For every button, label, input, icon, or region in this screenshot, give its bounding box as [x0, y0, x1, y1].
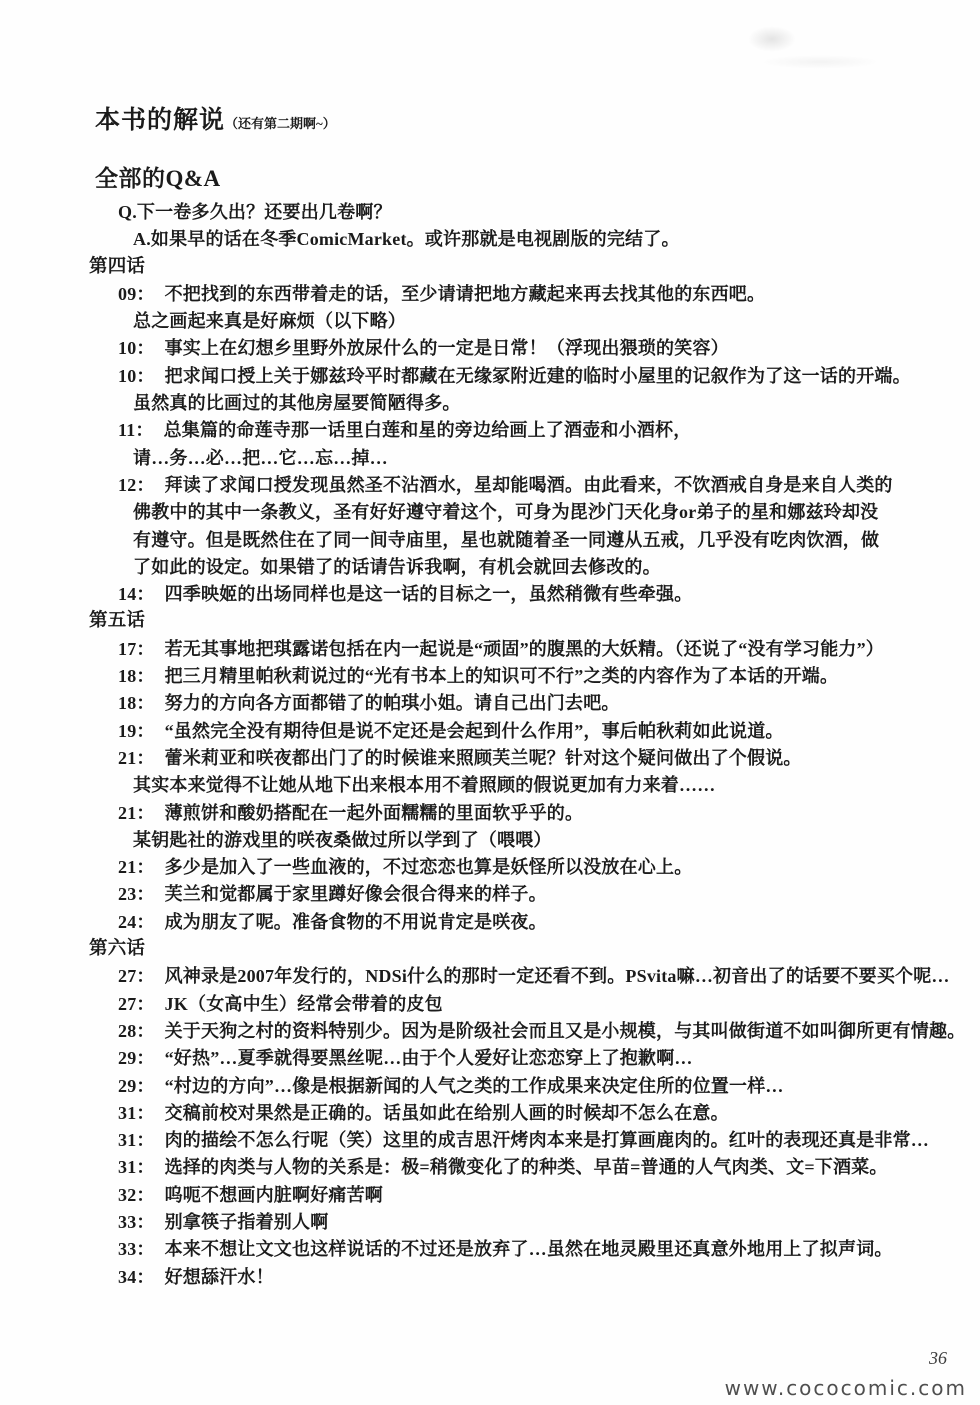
- qa-item-number: 31：: [118, 1127, 155, 1154]
- qa-item-number: 21：: [118, 745, 155, 772]
- qa-section-heading: 全部的Q&A: [95, 165, 962, 192]
- qa-item-text: 别拿筷子指着别人啊: [165, 1212, 329, 1232]
- qa-lines: Q.下一卷多久出？还要出几卷啊？A.如果早的话在冬季ComicMarket。或许…: [95, 199, 962, 1291]
- qa-item-number: 12：: [118, 472, 155, 499]
- qa-item-text: 若无其事地把琪露诺包括在内一起说是“顽固”的腹黑的大妖精。（还说了“没有学习能力…: [165, 639, 884, 659]
- qa-item-text: “虽然完全没有期待但是说不定还是会起到什么作用”，事后帕秋莉如此说道。: [165, 721, 784, 741]
- qa-item: 11：总集篇的命莲寺那一话里白莲和星的旁边给画上了酒壶和小酒杯，: [118, 417, 962, 444]
- qa-item-text: 四季映姬的出场同样也是这一话的目标之一，虽然稍微有些牵强。: [165, 584, 693, 604]
- qa-item: 31：肉的描绘不怎么行呢（笑）这里的成吉思汗烤肉本来是打算画鹿肉的。红叶的表现还…: [118, 1127, 962, 1154]
- qa-item-number: 21：: [118, 854, 155, 881]
- qa-item-number: 29：: [118, 1045, 155, 1072]
- qa-item-text: 把求闻口授上关于娜兹玲平时都藏在无缘冢附近建的临时小屋里的记叙作为了这一话的开端…: [165, 366, 911, 386]
- qa-item-continuation: 虽然真的比画过的其他房屋要简陋得多。: [133, 390, 962, 417]
- qa-item: 18：努力的方向各方面都错了的帕琪小姐。请自己出门去吧。: [118, 690, 962, 717]
- scan-artifact: [748, 26, 796, 52]
- qa-item-number: 09：: [118, 281, 155, 308]
- scanned-book-page: 本书的解说（还有第二期啊~） 全部的Q&A Q.下一卷多久出？还要出几卷啊？A.…: [0, 0, 980, 1405]
- qa-item-text: 事实上在幻想乡里野外放尿什么的一定是日常！（浮现出猥琐的笑容）: [165, 338, 729, 358]
- qa-item-number: 11：: [118, 417, 154, 444]
- qa-item-text: 风神录是2007年发行的，NDSi什么的那时一定还看不到。PSvita嘛…初音出…: [165, 966, 950, 986]
- chapter-heading: 第五话: [89, 608, 962, 635]
- qa-item-continuation: 请…务…必…把…它…忘…掉…: [133, 445, 962, 472]
- qa-item-number: 27：: [118, 991, 155, 1018]
- qa-item-number: 21：: [118, 800, 155, 827]
- qa-item-text: 成为朋友了呢。准备食物的不用说肯定是咲夜。: [165, 912, 547, 932]
- qa-item-text: 关于天狗之村的资料特别少。因为是阶级社会而且又是小规模，与其叫做街道不如叫御所更…: [165, 1021, 966, 1041]
- qa-item: 10：把求闻口授上关于娜兹玲平时都藏在无缘冢附近建的临时小屋里的记叙作为了这一话…: [118, 363, 962, 390]
- qa-item-number: 29：: [118, 1073, 155, 1100]
- qa-item-text: 呜呃不想画内脏啊好痛苦啊: [165, 1185, 383, 1205]
- qa-item-number: 23：: [118, 881, 155, 908]
- scan-artifact: [760, 55, 880, 69]
- qa-item-continuation: 其实本来觉得不让她从地下出来根本用不着照顾的假说更加有力来着……: [133, 772, 962, 799]
- qa-item: 10：事实上在幻想乡里野外放尿什么的一定是日常！（浮现出猥琐的笑容）: [118, 335, 962, 362]
- page-number: 36: [929, 1348, 947, 1369]
- qa-item-text: 交稿前校对果然是正确的。话虽如此在给别人画的时候却不怎么在意。: [165, 1103, 729, 1123]
- qa-item: 12：拜读了求闻口授发现虽然圣不沾酒水，星却能喝酒。由此看来，不饮酒戒自身是来自…: [118, 472, 962, 499]
- page-content: 本书的解说（还有第二期啊~） 全部的Q&A Q.下一卷多久出？还要出几卷啊？A.…: [95, 106, 962, 1291]
- page-title: 本书的解说（还有第二期啊~）: [95, 106, 962, 139]
- chapter-heading: 第六话: [89, 936, 962, 963]
- qa-item-text: 努力的方向各方面都错了的帕琪小姐。请自己出门去吧。: [165, 693, 620, 713]
- qa-item: 28：关于天狗之村的资料特别少。因为是阶级社会而且又是小规模，与其叫做街道不如叫…: [118, 1018, 962, 1045]
- qa-item-number: 31：: [118, 1154, 155, 1181]
- qa-item-continuation: 某钥匙社的游戏里的咲夜桑做过所以学到了（喂喂）: [133, 827, 962, 854]
- qa-item: 24：成为朋友了呢。准备食物的不用说肯定是咲夜。: [118, 909, 962, 936]
- qa-item: 27：JK（女高中生）经常会带着的皮包: [118, 991, 962, 1018]
- qa-item-number: 32：: [118, 1182, 155, 1209]
- qa-item-number: 10：: [118, 335, 155, 362]
- qa-item-text: “村边的方向”…像是根据新闻的人气之类的工作成果来决定住所的位置一样…: [165, 1076, 784, 1096]
- qa-item: 32：呜呃不想画内脏啊好痛苦啊: [118, 1182, 962, 1209]
- qa-item: 18：把三月精里帕秋莉说过的“光有书本上的知识可不行”之类的内容作为了本话的开端…: [118, 663, 962, 690]
- qa-item-continuation: 总之画起来真是好麻烦（以下略）: [133, 308, 962, 335]
- qa-item-continuation: 佛教中的其中一条教义，圣有好好遵守着这个，可身为毘沙门天化身or弟子的星和娜兹玲…: [133, 499, 962, 526]
- qa-item: 29：“村边的方向”…像是根据新闻的人气之类的工作成果来决定住所的位置一样…: [118, 1073, 962, 1100]
- qa-item: 09：不把找到的东西带着走的话，至少请请把地方藏起来再去找其他的东西吧。: [118, 281, 962, 308]
- qa-item: 23：芙兰和觉都属于家里蹲好像会很合得来的样子。: [118, 881, 962, 908]
- qa-item-number: 17：: [118, 636, 155, 663]
- qa-item: 31：选择的肉类与人物的关系是：极=稍微变化了的种类、早苗=普通的人气肉类、文=…: [118, 1154, 962, 1181]
- qa-item-text: 不把找到的东西带着走的话，至少请请把地方藏起来再去找其他的东西吧。: [165, 284, 766, 304]
- qa-item-text: 拜读了求闻口授发现虽然圣不沾酒水，星却能喝酒。由此看来，不饮酒戒自身是来自人类的: [165, 475, 893, 495]
- qa-item-text: JK（女高中生）经常会带着的皮包: [165, 994, 443, 1014]
- qa-item-number: 28：: [118, 1018, 155, 1045]
- qa-item-number: 18：: [118, 690, 155, 717]
- qa-item-number: 34：: [118, 1264, 155, 1291]
- qa-item: 29：“好热”…夏季就得要黑丝呢…由于个人爱好让恋恋穿上了抱歉啊…: [118, 1045, 962, 1072]
- qa-item-continuation: 有遵守。但是既然住在了同一间寺庙里，星也就随着圣一同遵从五戒，几乎没有吃肉饮酒，…: [133, 527, 962, 554]
- page-title-note: （还有第二期啊~）: [225, 116, 336, 131]
- qa-item-number: 24：: [118, 909, 155, 936]
- qa-item: 21：薄煎饼和酸奶搭配在一起外面糯糯的里面软乎乎的。: [118, 800, 962, 827]
- chapter-heading: 第四话: [89, 254, 962, 281]
- qa-item-continuation: 了如此的设定。如果错了的话请告诉我啊，有机会就回去修改的。: [133, 554, 962, 581]
- answer-line: A.如果早的话在冬季ComicMarket。或许那就是电视剧版的完结了。: [133, 226, 962, 253]
- qa-item: 31：交稿前校对果然是正确的。话虽如此在给别人画的时候却不怎么在意。: [118, 1100, 962, 1127]
- qa-item: 14：四季映姬的出场同样也是这一话的目标之一，虽然稍微有些牵强。: [118, 581, 962, 608]
- qa-item-text: 薄煎饼和酸奶搭配在一起外面糯糯的里面软乎乎的。: [165, 803, 584, 823]
- qa-item: 27：风神录是2007年发行的，NDSi什么的那时一定还看不到。PSvita嘛……: [118, 963, 962, 990]
- watermark-url: www.cococomic.com: [725, 1376, 967, 1400]
- qa-item-text: 本来不想让文文也这样说话的不过还是放弃了…虽然在地灵殿里还真意外地用上了拟声词。: [165, 1239, 893, 1259]
- page-title-text: 本书的解说: [95, 107, 225, 134]
- qa-item-text: 选择的肉类与人物的关系是：极=稍微变化了的种类、早苗=普通的人气肉类、文=下酒菜…: [165, 1157, 888, 1177]
- qa-item-number: 31：: [118, 1100, 155, 1127]
- qa-item-text: 芙兰和觉都属于家里蹲好像会很合得来的样子。: [165, 884, 547, 904]
- qa-item-text: 肉的描绘不怎么行呢（笑）这里的成吉思汗烤肉本来是打算画鹿肉的。红叶的表现还真是非…: [165, 1130, 929, 1150]
- qa-item-number: 33：: [118, 1236, 155, 1263]
- qa-item: 34：好想舔汗水！: [118, 1264, 962, 1291]
- qa-item-text: “好热”…夏季就得要黑丝呢…由于个人爱好让恋恋穿上了抱歉啊…: [165, 1048, 693, 1068]
- question-line: Q.下一卷多久出？还要出几卷啊？: [118, 199, 962, 226]
- qa-item: 19：“虽然完全没有期待但是说不定还是会起到什么作用”，事后帕秋莉如此说道。: [118, 718, 962, 745]
- qa-item: 21：蕾米莉亚和咲夜都出门了的时候谁来照顾芙兰呢？针对这个疑问做出了个假说。: [118, 745, 962, 772]
- qa-item-number: 18：: [118, 663, 155, 690]
- qa-item-text: 多少是加入了一些血液的，不过恋恋也算是妖怪所以没放在心上。: [165, 857, 693, 877]
- qa-item-text: 把三月精里帕秋莉说过的“光有书本上的知识可不行”之类的内容作为了本话的开端。: [165, 666, 839, 686]
- qa-item: 33：本来不想让文文也这样说话的不过还是放弃了…虽然在地灵殿里还真意外地用上了拟…: [118, 1236, 962, 1263]
- qa-item: 21：多少是加入了一些血液的，不过恋恋也算是妖怪所以没放在心上。: [118, 854, 962, 881]
- qa-item-number: 27：: [118, 963, 155, 990]
- qa-item-number: 10：: [118, 363, 155, 390]
- qa-item-number: 19：: [118, 718, 155, 745]
- qa-item-text: 蕾米莉亚和咲夜都出门了的时候谁来照顾芙兰呢？针对这个疑问做出了个假说。: [165, 748, 802, 768]
- qa-item: 17：若无其事地把琪露诺包括在内一起说是“顽固”的腹黑的大妖精。（还说了“没有学…: [118, 636, 962, 663]
- qa-item-number: 14：: [118, 581, 155, 608]
- qa-item-text: 好想舔汗水！: [165, 1267, 274, 1287]
- qa-item-text: 总集篇的命莲寺那一话里白莲和星的旁边给画上了酒壶和小酒杯，: [164, 420, 692, 440]
- qa-item-number: 33：: [118, 1209, 155, 1236]
- qa-item: 33：别拿筷子指着别人啊: [118, 1209, 962, 1236]
